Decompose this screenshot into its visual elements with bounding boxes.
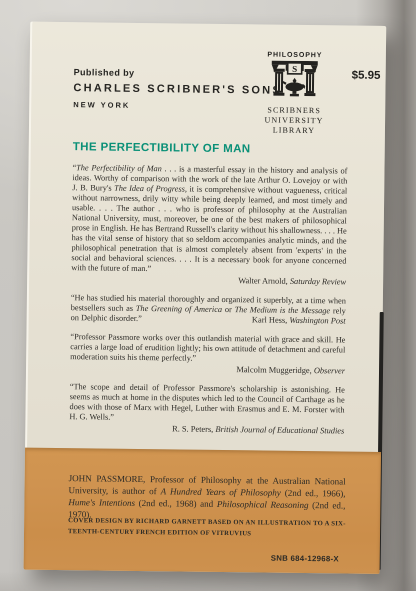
imprint-library-name: SCRIBNERS UNIVERSITY LIBRARY — [256, 105, 332, 136]
review-attribution: Walter Arnold, Saturday Review — [71, 274, 346, 287]
isbn-number: SNB 684-12968-X — [271, 554, 339, 564]
imprint-line-library: LIBRARY — [256, 125, 332, 136]
review-attribution: Malcolm Muggeridge, Observer — [70, 363, 345, 376]
review-observer: “Professor Passmore works over this outl… — [70, 332, 345, 376]
review-quote: “The Perfectibility of Man . . . is a ma… — [71, 163, 347, 276]
cover-design-credit: COVER DESIGN BY RICHARD GARNETT BASED ON… — [68, 516, 346, 540]
scribners-lamp-logo-icon: S — [269, 61, 320, 106]
review-journal-educational-studies: “The scope and detail of Professor Passm… — [69, 382, 345, 436]
review-quote: “Professor Passmore works over this outl… — [70, 332, 345, 365]
reviews-section: “The Perfectibility of Man . . . is a ma… — [69, 163, 347, 445]
imprint-block: PHILOSOPHY — [256, 51, 333, 136]
book-title: THE PERFECTIBILITY OF MAN — [73, 141, 251, 155]
review-washington-post: “He has studied his material thoroughly … — [71, 293, 346, 326]
publisher-name: CHARLES SCRIBNER'S SONS — [73, 82, 282, 97]
review-saturday-review: “The Perfectibility of Man . . . is a ma… — [71, 163, 347, 287]
imprint-line-university: UNIVERSITY — [256, 115, 332, 126]
price-label: $5.95 — [352, 70, 381, 82]
published-by-label: Published by — [74, 67, 283, 80]
publisher-block: Published by CHARLES SCRIBNER'S SONS NEW… — [73, 67, 282, 112]
category-label: PHILOSOPHY — [257, 51, 333, 59]
scribners-monogram: S — [292, 64, 297, 74]
review-attribution: R. S. Peters, British Journal of Educati… — [69, 423, 344, 436]
author-band: JOHN PASSMORE, Professor of Philosophy a… — [24, 448, 381, 574]
book-back-cover: Published by CHARLES SCRIBNER'S SONS NEW… — [24, 22, 387, 574]
review-quote: “The scope and detail of Professor Passm… — [69, 382, 344, 425]
background-fabric-bottom — [0, 571, 416, 591]
publisher-city: NEW YORK — [73, 100, 282, 112]
